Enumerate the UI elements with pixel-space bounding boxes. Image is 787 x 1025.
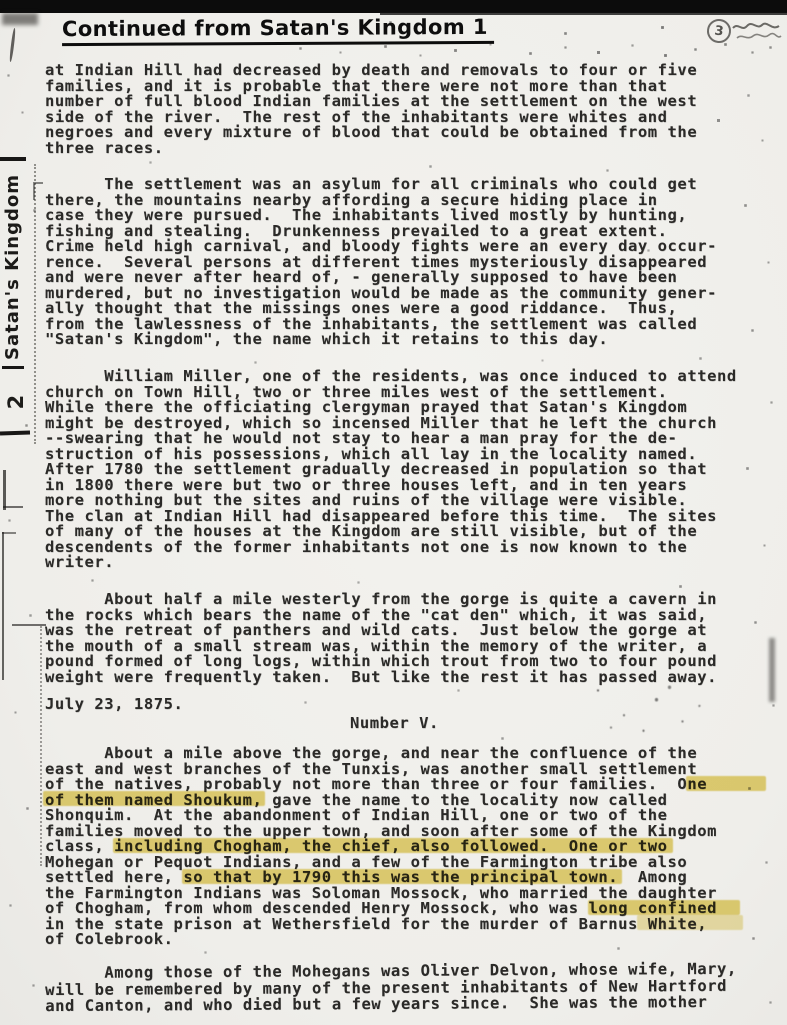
paragraph-1: at Indian Hill had decreased by death an…	[45, 63, 755, 156]
margin-dash	[0, 430, 30, 435]
paragraph-5: About a mile above the gorge, and near t…	[45, 746, 755, 948]
scan-smudge	[769, 638, 775, 702]
margin-page-number: 2	[4, 388, 32, 416]
margin-dash	[2, 366, 24, 369]
margin-ruling-line	[2, 532, 16, 534]
paragraph-3: William Miller, one of the residents, wa…	[45, 369, 755, 571]
paragraph-4: About half a mile westerly from the gorg…	[45, 592, 755, 685]
scan-noise-speckles	[0, 0, 1, 1]
scan-stray-mark	[9, 28, 16, 62]
corner-scribble-mark	[731, 20, 783, 46]
margin-ruling-line	[2, 532, 4, 680]
paragraph-6: Among those of the Mohegans was Oliver D…	[45, 961, 755, 1015]
margin-vertical-label: Satan's Kingdom	[2, 167, 28, 367]
margin-ruling-line	[3, 470, 6, 510]
date-line: July 23, 1875.	[45, 697, 755, 713]
page-number-circle: 3	[705, 17, 732, 44]
handwritten-title: Continued from Satan's Kingdom 1	[62, 15, 494, 46]
section-heading: Number V.	[350, 716, 787, 732]
margin-bracket-mark	[33, 182, 43, 200]
margin-ruling-line	[34, 164, 36, 444]
margin-ruling-line	[3, 506, 23, 508]
scanned-page: Continued from Satan's Kingdom 1 3 Satan…	[0, 0, 787, 1025]
paragraph-2: The settlement was an asylum for all cri…	[45, 177, 755, 348]
margin-ruling-line	[40, 626, 42, 866]
margin-dash	[0, 157, 26, 161]
scan-smudge	[2, 13, 38, 25]
